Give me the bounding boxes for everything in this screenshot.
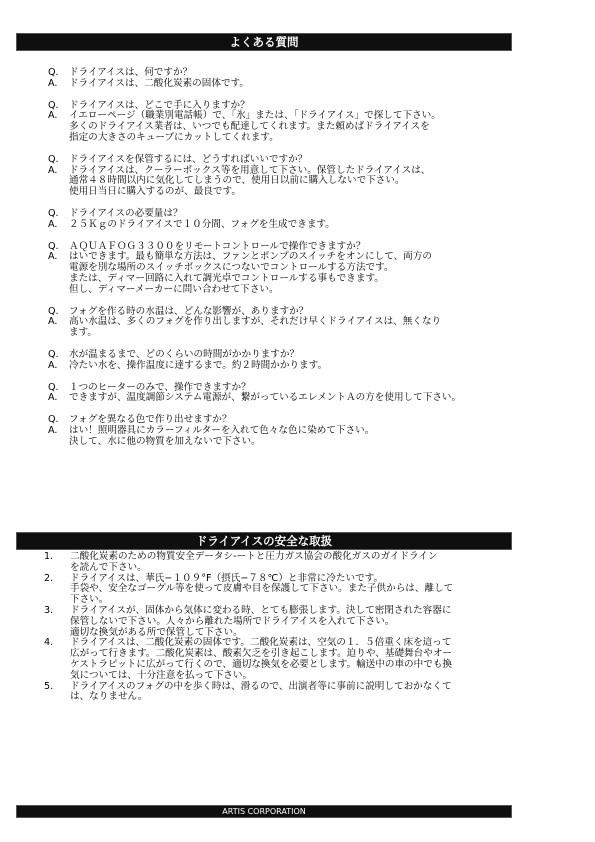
answer-text: ２５Ｋｇのドライアイスで１０分間、フォグを生成できます。 — [69, 220, 335, 231]
answer-label: A. — [48, 252, 69, 263]
answer-label: A. — [48, 220, 69, 231]
answer-text: 高い水温は、多くのフォグを作り出しますが、それだけ早くドライアイスは、無くなり — [69, 317, 441, 328]
answer-label: A. — [48, 79, 69, 90]
answer-text: 指定の大きさのキューブにカットしてくれます。 — [48, 133, 588, 144]
answer-text: ドライアイスは、二酸化炭素の固体です。 — [69, 79, 249, 90]
answer-text: 決して、水に他の物質を加えないで下さい。 — [48, 437, 588, 448]
item-text: 手袋や、安全なゴーグル等を使って皮膚や目を保護して下さい。また子供からは、離して — [70, 584, 453, 595]
faq-list: Q.ドライアイスは、何ですか？ A.ドライアイスは、二酸化炭素の固体です。 Q.… — [48, 68, 588, 459]
faq-item: Q.ドライアイスは、どこで手に入りますか？ A.イエローページ（職業別電話帳）で… — [48, 101, 588, 144]
answer-text: 使用日当日に購入するのが、最良です。 — [48, 187, 588, 198]
answer-text: できますが、温度調節システム電源が、繋がっているエレメントＡの方を使用して下さい… — [69, 393, 461, 404]
item-text: 保管しないで下さい。人々から離れた場所でドライアイスを入れて下さい。 — [70, 617, 451, 628]
answer-label: A. — [48, 361, 69, 372]
answer-label: A. — [48, 166, 69, 177]
item-text: 気については、十分注意を払って下さい。 — [70, 671, 452, 682]
answer-label: A. — [48, 111, 69, 122]
question-text: ドライアイスを保管するには、どうすればいいですか？ — [69, 155, 307, 166]
faq-section-header: よくある質問 — [16, 33, 512, 51]
faq-item: Q.フォグを作る時の水温は、どんな影響が、ありますか？ A.高い水温は、多くのフ… — [48, 307, 588, 339]
faq-item: Q.ドライアイスの必要量は？ A.２５Ｋｇのドライアイスで１０分間、フォグを生成… — [48, 209, 588, 231]
item-text: は、なりません。 — [70, 692, 452, 703]
faq-item: Q.フォグを異なる色で作り出せますか？ A.はい！照明器具にカラーフィルターを入… — [48, 415, 588, 447]
faq-item: Q.１つのヒーターのみで、操作できますか？ A.できますが、温度調節システム電源… — [48, 383, 588, 405]
faq-item: Q.ドライアイスを保管するには、どうすればいいですか？ A.ドライアイスは、クー… — [48, 155, 588, 198]
answer-label: A. — [48, 426, 69, 437]
faq-item: Q.ＡＱＵＡＦＯＧ３３００をリモートコントロールで操作できますか？ A.はいでき… — [48, 242, 588, 296]
safety-item: 1. 二酸化炭素のための物質安全データシ‐ートと圧力ガス協会の酸化ガスのガイドラ… — [44, 552, 564, 574]
item-text: を読んで下さい。 — [70, 563, 437, 574]
item-number: 4. — [44, 638, 70, 681]
footer-company-name: ARTIS CORPORATION — [16, 805, 512, 818]
answer-text: 但し、ディマーメーカーに問い合わせて下さい。 — [48, 285, 588, 296]
faq-item: Q.ドライアイスは、何ですか？ A.ドライアイスは、二酸化炭素の固体です。 — [48, 68, 588, 90]
answer-label: A. — [48, 317, 69, 328]
item-number: 1. — [44, 552, 70, 574]
safety-item: 2. ドライアイスは、華氏−１０９°F（摂氏−７８℃）と非常に冷たいです。 手袋… — [44, 574, 564, 606]
safety-item: 5. ドライアイスのフォグの中を歩く時は、滑るので、出演者等に事前に説明しておか… — [44, 682, 564, 704]
question-label: Q. — [48, 155, 69, 166]
answer-label: A. — [48, 393, 69, 404]
safety-item: 4. ドライアイスは、二酸化炭素の固体です。二酸化炭素は、空気の１．５倍重く床を… — [44, 638, 564, 681]
safety-item: 3. ドライアイスが、固体から気体に変わる時、とても膨張します。決して密閉された… — [44, 606, 564, 638]
safety-section-header: ドライアイスの安全な取扱 — [16, 532, 512, 550]
item-number: 5. — [44, 682, 70, 704]
answer-text: 冷たい水を、操作温度に達するまで。約２時間かかります。 — [69, 361, 327, 372]
item-number: 3. — [44, 606, 70, 638]
answer-text: ます。 — [48, 328, 588, 339]
faq-item: Q.水が温まるまで、どのくらいの時間がかかりますか？ A.冷たい水を、操作温度に… — [48, 350, 588, 372]
safety-list: 1. 二酸化炭素のための物質安全データシ‐ートと圧力ガス協会の酸化ガスのガイドラ… — [44, 552, 564, 703]
item-number: 2. — [44, 574, 70, 606]
